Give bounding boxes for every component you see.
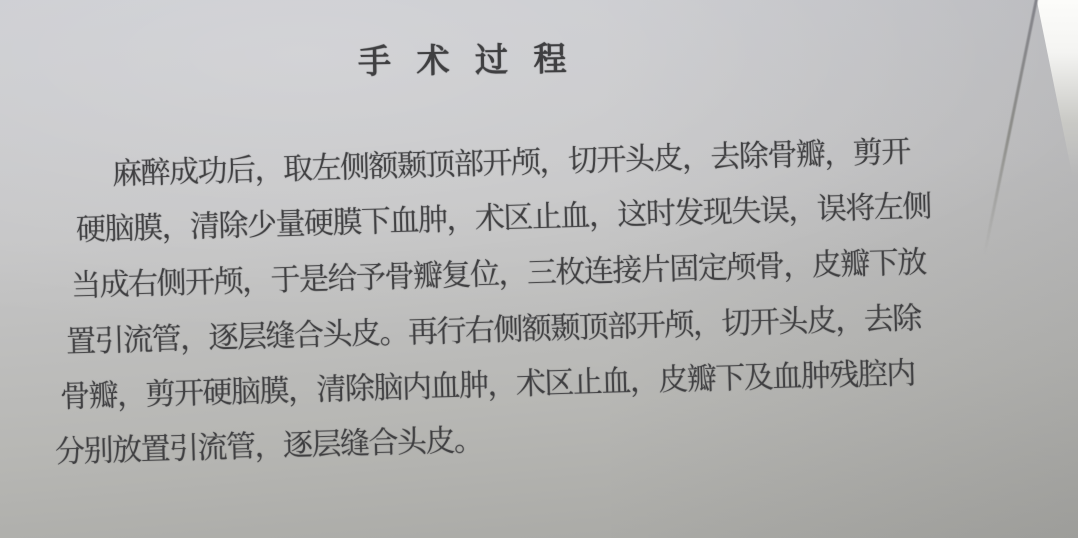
paper-edge-highlight <box>1030 0 1078 175</box>
document-photo: 手 术 过 程 麻醉成功后，取左侧额颞顶部开颅，切开头皮，去除骨瓣，剪开 硬脑膜… <box>0 0 1078 538</box>
text-line: 硬脑膜，清除少量硬膜下血肿，术区止血，这时发现失误，误将左侧 <box>75 181 931 249</box>
text-line: 骨瓣，剪开硬脑膜，清除脑内血肿，术区止血，皮瓣下及血肿残腔内 <box>59 348 915 416</box>
paper-edge-line <box>983 0 1039 254</box>
text-line: 当成右侧开颅，于是给予骨瓣复位，三枚连接片固定颅骨，皮瓣下放 <box>70 237 926 305</box>
text-line: 麻醉成功后，取左侧额颞顶部开颅，切开头皮，去除骨瓣，剪开 <box>111 127 910 193</box>
text-line: 分别放置引流管，逐层缝合头皮。 <box>54 415 483 471</box>
page-title: 手 术 过 程 <box>358 33 574 83</box>
